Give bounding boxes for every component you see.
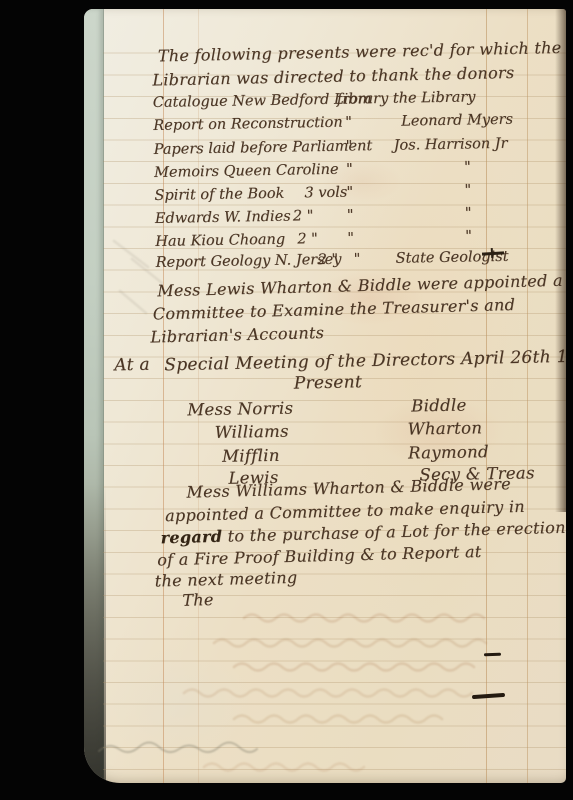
photo-background: The following presents were rec'd for wh…: [0, 0, 573, 800]
ledger-page: The following presents were rec'd for wh…: [84, 9, 566, 783]
resolution-line-5: the next meeting: [155, 568, 298, 591]
catchword: The: [182, 590, 214, 610]
ink-mark-dash: [484, 653, 501, 657]
resolution-paragraph: Mess Williams Wharton & Biddle were appo…: [84, 9, 566, 783]
resolution-emphasis-word: regard: [160, 527, 222, 548]
page-edge-shadow: [555, 9, 566, 512]
